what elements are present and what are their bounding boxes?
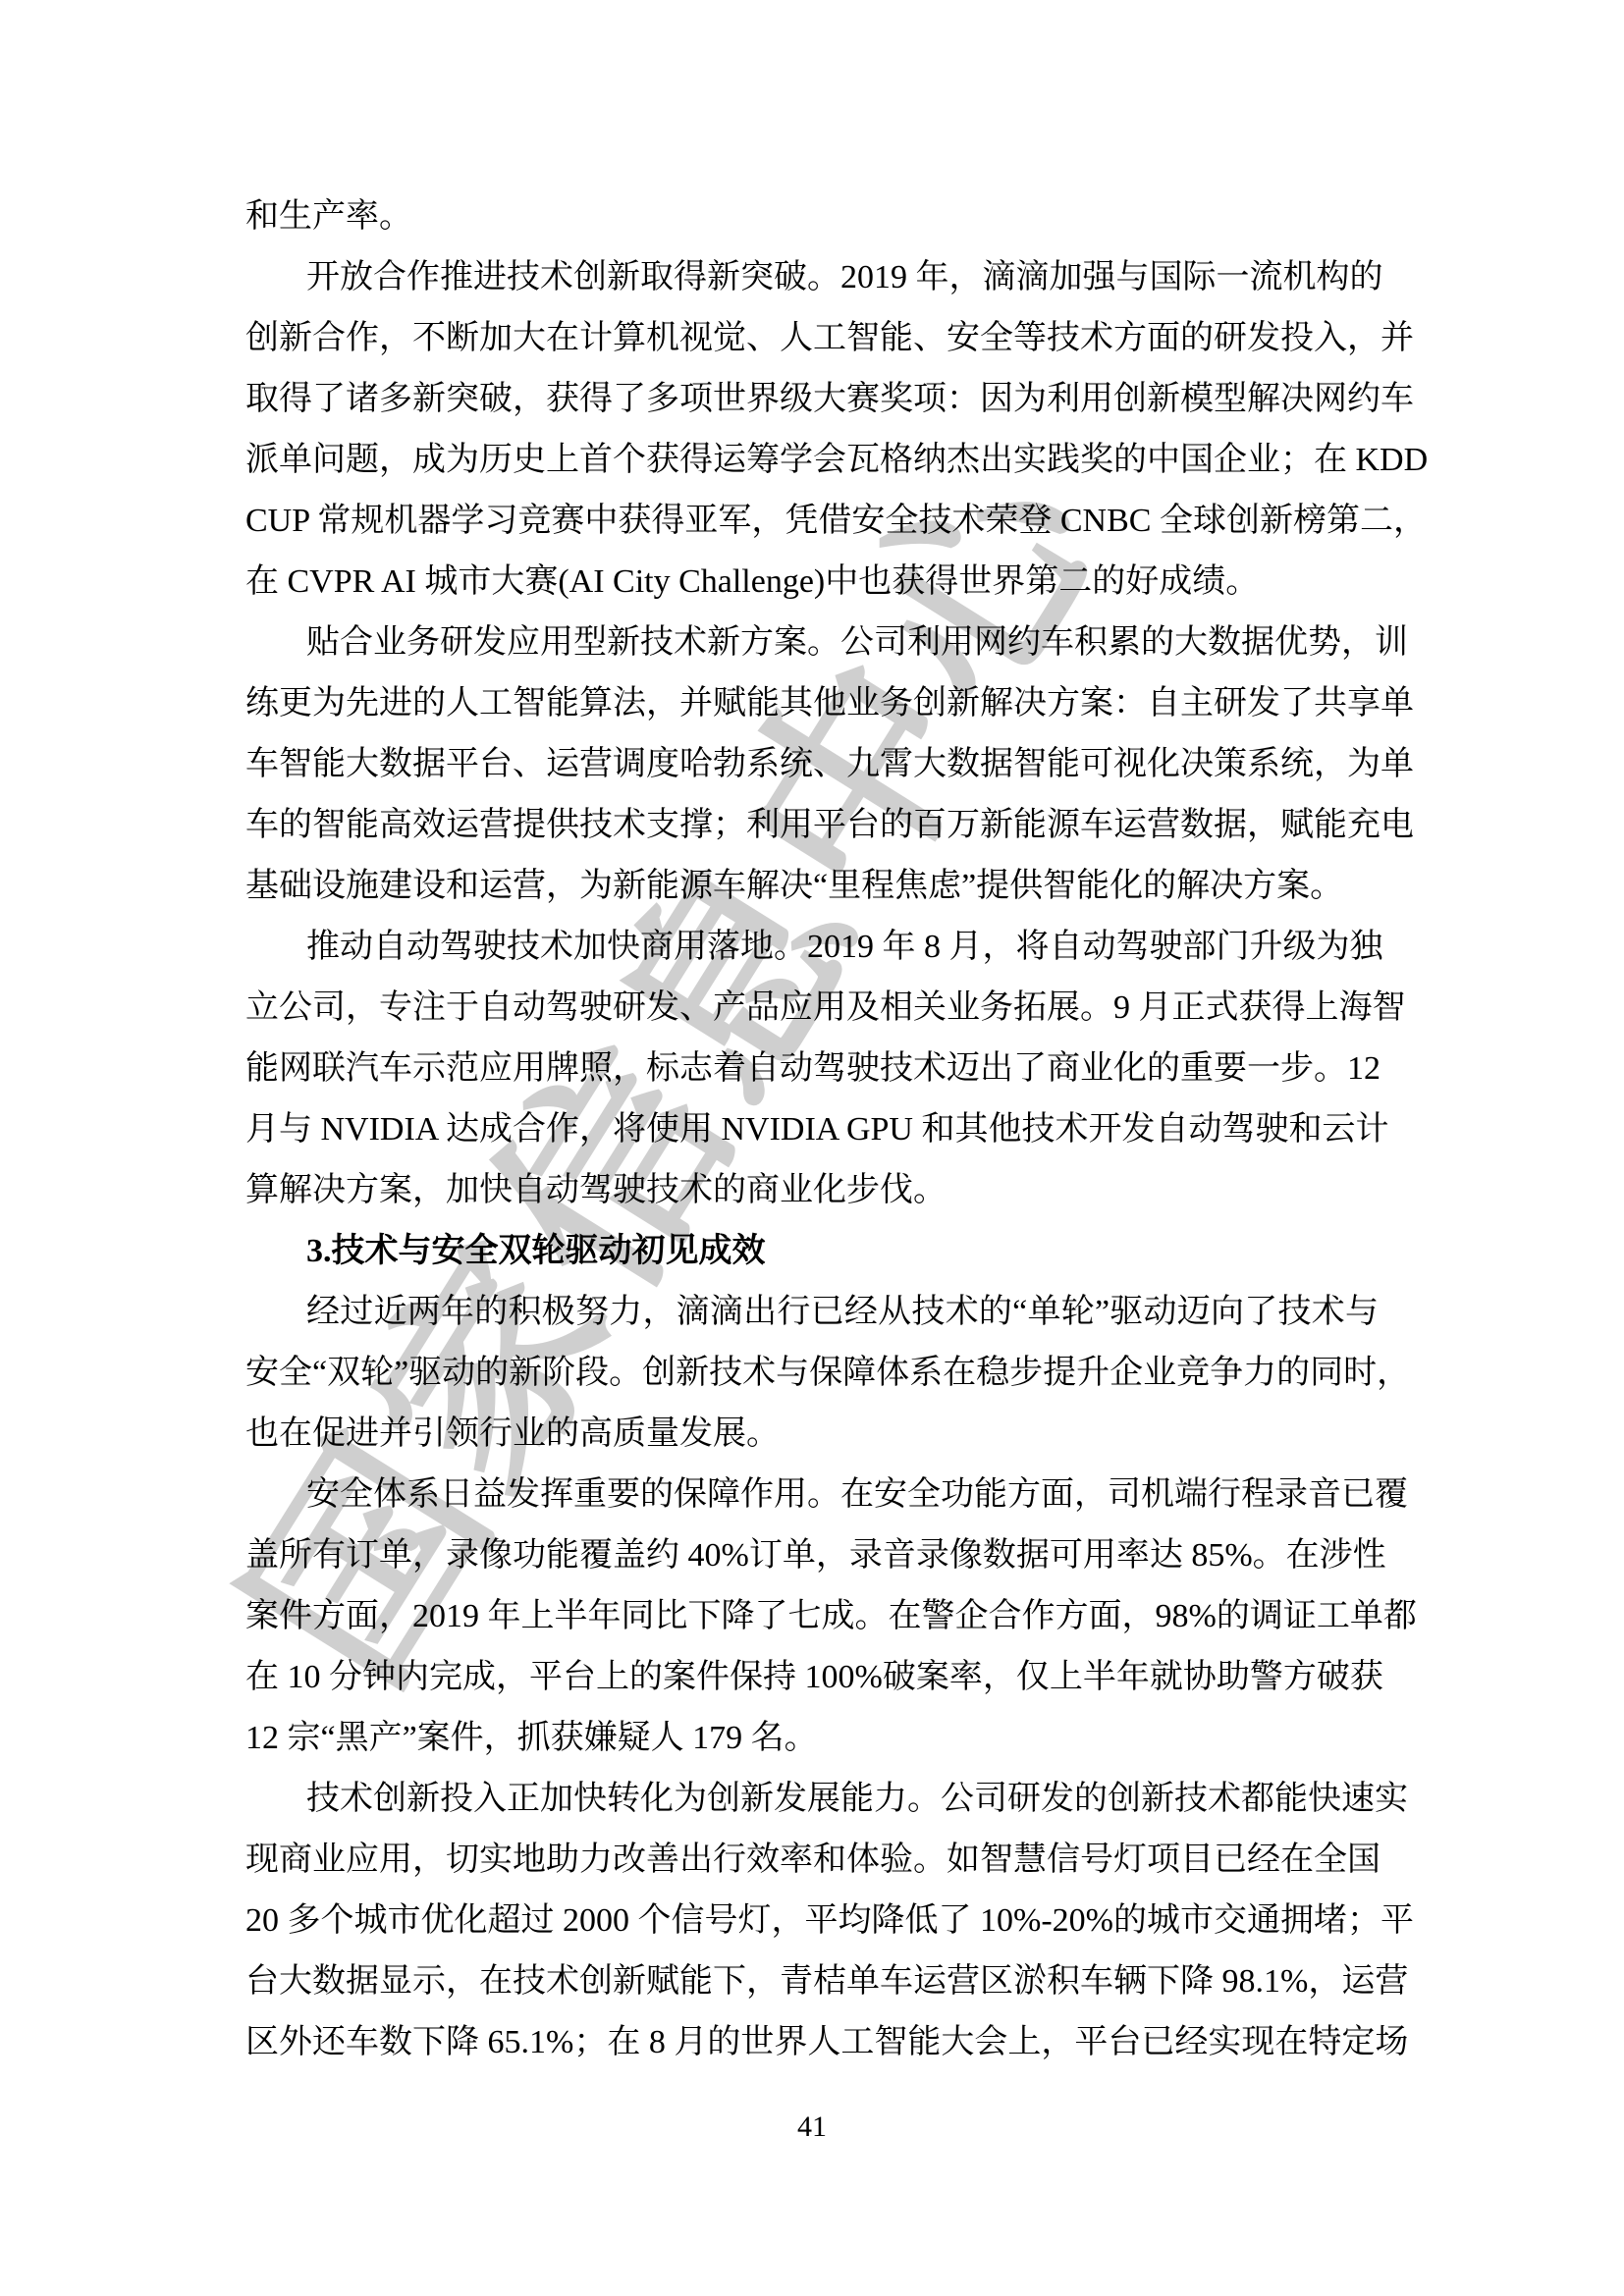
text-line: 也在促进并引领行业的高质量发展。 (245, 1404, 1379, 1465)
text-line: 现商业应用，切实地助力改善出行效率和体验。如智慧信号灯项目已经在全国 (245, 1830, 1379, 1891)
text-line: 12 宗“黑产”案件，抓获嫌疑人 179 名。 (245, 1708, 1379, 1769)
text-line: 练更为先进的人工智能算法，并赋能其他业务创新解决方案：自主研发了共享单 (245, 673, 1379, 734)
text-line: 创新合作，不断加大在计算机视觉、人工智能、安全等技术方面的研发投入，并 (245, 308, 1379, 369)
page-number: 41 (0, 2110, 1624, 2144)
text-line: 盖所有订单，录像功能覆盖约 40%订单，录音录像数据可用率达 85%。在涉性 (245, 1525, 1379, 1586)
text-line: 派单问题，成为历史上首个获得运筹学会瓦格纳杰出实践奖的中国企业；在 KDD (245, 430, 1379, 491)
text-line: 安全“双轮”驱动的新阶段。创新技术与保障体系在稳步提升企业竞争力的同时， (245, 1343, 1379, 1404)
section-heading: 3.技术与安全双轮驱动初见成效 (245, 1221, 1379, 1282)
text-line: 车智能大数据平台、运营调度哈勃系统、九霄大数据智能可视化决策系统，为单 (245, 734, 1379, 795)
text-line: 算解决方案，加快自动驾驶技术的商业化步伐。 (245, 1160, 1379, 1221)
text-line: 案件方面，2019 年上半年同比下降了七成。在警企合作方面，98%的调证工单都 (245, 1586, 1379, 1647)
text-line: 技术创新投入正加快转化为创新发展能力。公司研发的创新技术都能快速实 (245, 1769, 1379, 1830)
text-line: 推动自动驾驶技术加快商用落地。2019 年 8 月，将自动驾驶部门升级为独 (245, 917, 1379, 978)
text-line: 和生产率。 (245, 187, 1379, 247)
text-line: CUP 常规机器学习竞赛中获得亚军，凭借安全技术荣登 CNBC 全球创新榜第二， (245, 491, 1379, 552)
text-line: 区外还车数下降 65.1%；在 8 月的世界人工智能大会上，平台已经实现在特定场 (245, 2012, 1379, 2073)
text-block: 和生产率。 开放合作推进技术创新取得新突破。2019 年，滴滴加强与国际一流机构… (245, 187, 1379, 2073)
text-line: 取得了诸多新突破，获得了多项世界级大赛奖项：因为利用创新模型解决网约车 (245, 369, 1379, 430)
text-line: 在 CVPR AI 城市大赛(AI City Challenge)中也获得世界第… (245, 552, 1379, 613)
text-line: 台大数据显示，在技术创新赋能下，青桔单车运营区淤积车辆下降 98.1%，运营 (245, 1951, 1379, 2012)
text-line: 安全体系日益发挥重要的保障作用。在安全功能方面，司机端行程录音已覆 (245, 1465, 1379, 1525)
text-line: 在 10 分钟内完成，平台上的案件保持 100%破案率，仅上半年就协助警方破获 (245, 1647, 1379, 1708)
text-line: 能网联汽车示范应用牌照，标志着自动驾驶技术迈出了商业化的重要一步。12 (245, 1039, 1379, 1099)
text-line: 开放合作推进技术创新取得新突破。2019 年，滴滴加强与国际一流机构的 (245, 247, 1379, 308)
text-line: 月与 NVIDIA 达成合作，将使用 NVIDIA GPU 和其他技术开发自动驾… (245, 1099, 1379, 1160)
text-line: 立公司，专注于自动驾驶研发、产品应用及相关业务拓展。9 月正式获得上海智 (245, 978, 1379, 1039)
text-line: 经过近两年的积极努力，滴滴出行已经从技术的“单轮”驱动迈向了技术与 (245, 1282, 1379, 1343)
document-page: 国家信息中心 和生产率。 开放合作推进技术创新取得新突破。2019 年，滴滴加强… (0, 0, 1624, 2296)
text-line: 基础设施建设和运营，为新能源车解决“里程焦虑”提供智能化的解决方案。 (245, 856, 1379, 917)
text-line: 贴合业务研发应用型新技术新方案。公司利用网约车积累的大数据优势，训 (245, 613, 1379, 673)
text-line: 车的智能高效运营提供技术支撑；利用平台的百万新能源车运营数据，赋能充电 (245, 795, 1379, 856)
text-line: 20 多个城市优化超过 2000 个信号灯，平均降低了 10%-20%的城市交通… (245, 1891, 1379, 1951)
